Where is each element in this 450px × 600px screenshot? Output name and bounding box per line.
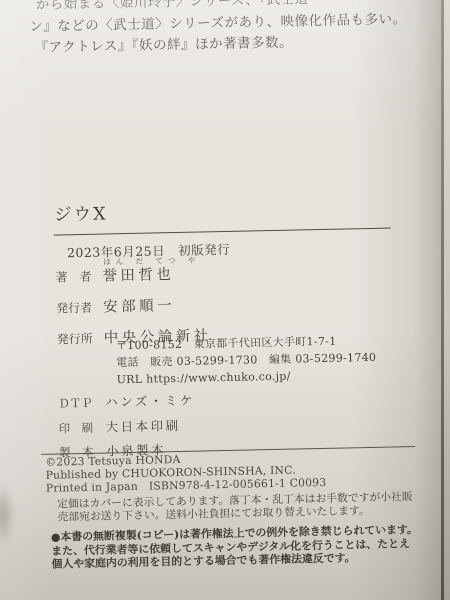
printer-row: 印 刷 大日本印刷 xyxy=(58,415,195,436)
dtp-row: ＤＴＰ ハンズ・ミケ xyxy=(58,391,195,412)
author-furigana: ほん だ てつ や xyxy=(103,255,200,268)
author-row: 著 者 ほん だ てつ や 誉田哲也 xyxy=(55,262,210,286)
book-colophon-page-photo: から始まる〈姫川玲子〉シリーズ、『武士道 ン』などの〈武士道〉シリーズがあり、映… xyxy=(0,0,450,600)
returns-notice: 定価はカバーに表示してあります。落丁本・乱丁本はお手数ですが小社販 売部宛お送り… xyxy=(57,490,413,524)
printer-label: 印 刷 xyxy=(58,419,105,436)
printer-name: 大日本印刷 xyxy=(105,415,180,435)
page-content: から始まる〈姫川玲子〉シリーズ、『武士道 ン』などの〈武士道〉シリーズがあり、映… xyxy=(0,0,450,600)
author-name-text: 誉田哲也 xyxy=(102,267,174,285)
publisher-person-label: 発行者 xyxy=(56,299,103,317)
dtp-label: ＤＴＰ xyxy=(58,395,105,412)
publisher-person-name: 安部順一 xyxy=(103,294,175,317)
publisher-address-block: 〒100-8152 東京都千代田区大手町1-7-1 電話 販売 03-5299-… xyxy=(116,333,377,389)
copy-protection-notice: ●本書の無断複製(コピー)は著作権法上での例外を除き禁じられています。 また、代… xyxy=(51,523,419,571)
publisher-person-row: 発行者 安部順一 xyxy=(56,293,211,317)
page-left-smudge-shadow xyxy=(0,470,20,560)
publishing-house-label: 発行所 xyxy=(57,330,104,348)
author-label: 著 者 xyxy=(55,268,102,286)
copyright-block: ©2023 Tetsuya HONDA Published by CHUOKOR… xyxy=(45,451,326,495)
author-bio: から始まる〈姫川玲子〉シリーズ、『武士道 ン』などの〈武士道〉シリーズがあり、映… xyxy=(0,0,407,60)
author-name: ほん だ てつ や 誉田哲也 xyxy=(102,263,174,286)
book-title: ジウX xyxy=(54,200,108,226)
title-divider-rule xyxy=(54,228,391,236)
dtp-name: ハンズ・ミケ xyxy=(105,391,195,411)
page-outer-edge xyxy=(444,0,450,600)
